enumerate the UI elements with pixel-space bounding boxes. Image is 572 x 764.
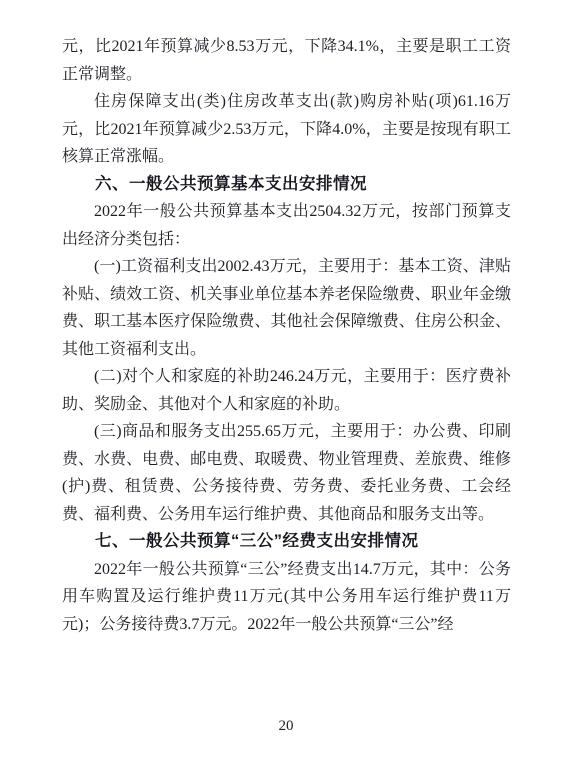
document-body: 元，比2021年预算减少8.53万元，下降34.1%，主要是职工工资正常调整。 … [62,33,511,638]
paragraph-housing-subsidy: 住房保障支出(类)住房改革支出(款)购房补贴(项)61.16万元，比2021年预… [62,88,511,171]
paragraph-three-public-funds: 2022年一般公共预算“三公”经费支出14.7万元，其中：公务用车购置及运行维护… [62,556,511,639]
section-heading-seven-three-public-funds: 七、一般公共预算“三公”经费支出安排情况 [62,528,511,556]
paragraph-individual-family-subsidy: (二)对个人和家庭的补助246.24万元，主要用于：医疗费补助、奖励金、其他对个… [62,363,511,418]
paragraph-goods-services-expenditure: (三)商品和服务支出255.65万元，主要用于：办公费、印刷费、水费、电费、邮电… [62,418,511,528]
page-number: 20 [0,718,572,735]
section-heading-six-basic-expenditure: 六、一般公共预算基本支出安排情况 [62,171,511,199]
paragraph-basic-expenditure-total: 2022年一般公共预算基本支出2504.32万元，按部门预算支出经济分类包括： [62,198,511,253]
document-page: 元，比2021年预算减少8.53万元，下降34.1%，主要是职工工资正常调整。 … [0,0,572,764]
paragraph-wage-welfare-expenditure: (一)工资福利支出2002.43万元，主要用于：基本工资、津贴补贴、绩效工资、机… [62,253,511,363]
paragraph-housing-wage-adjustment-continuation: 元，比2021年预算减少8.53万元，下降34.1%，主要是职工工资正常调整。 [62,33,511,88]
